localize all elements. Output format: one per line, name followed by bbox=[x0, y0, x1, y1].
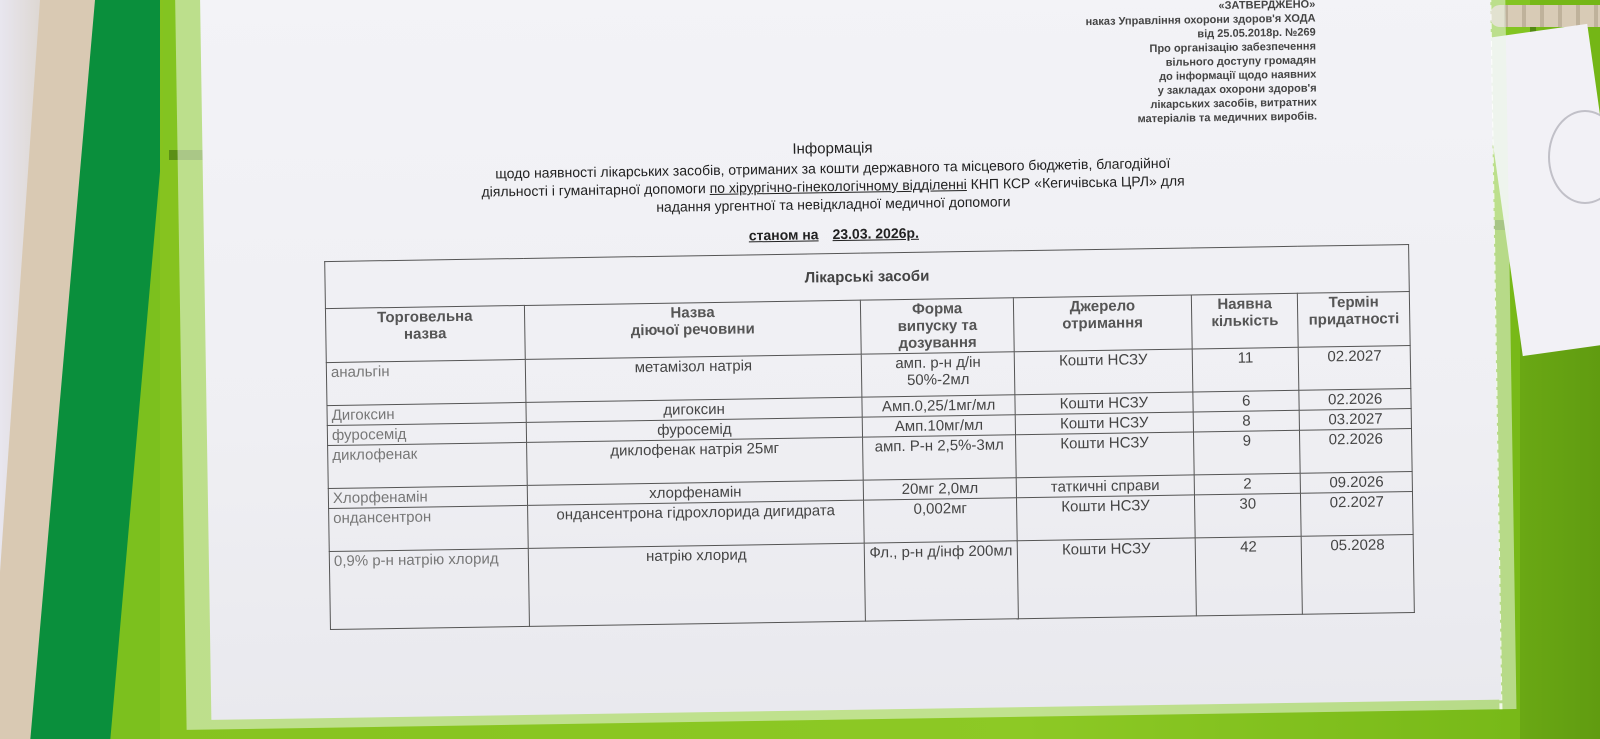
cell-source: таткичні справи bbox=[1016, 475, 1194, 498]
header-trade-name: Торговельнаназва bbox=[325, 305, 524, 362]
cell-expiry: 02.2026 bbox=[1300, 429, 1412, 474]
cell-expiry: 02.2027 bbox=[1299, 346, 1411, 391]
cell-form: Амп.0,25/1мг/мл bbox=[862, 395, 1015, 417]
as-of-label: станом на bbox=[749, 226, 819, 243]
cell-trade-name: анальгін bbox=[326, 359, 525, 405]
cell-form: 0,002мг bbox=[864, 498, 1017, 543]
cell-form: амп. р-н д/ін 50%-2мл bbox=[862, 352, 1015, 397]
cell-source: Кошти НСЗУ bbox=[1015, 432, 1194, 478]
cell-expiry: 02.2027 bbox=[1301, 492, 1413, 537]
as-of-date: станом на23.03. 2026р. bbox=[334, 217, 1334, 251]
cell-form: Амп.10мг/мл bbox=[863, 415, 1016, 437]
cell-active-substance: ондансентрона гідрохлорида дигидрата bbox=[527, 500, 864, 548]
as-of-value: 23.03. 2026р. bbox=[832, 225, 919, 242]
cell-active-substance: диклофенак натрія 25мг bbox=[526, 437, 863, 485]
cell-form: Фл., р-н д/інф 200мл bbox=[865, 541, 1019, 621]
cell-trade-name: 0,9% р-н натрію хлорид bbox=[329, 548, 529, 629]
cell-source: Кошти НСЗУ bbox=[1015, 392, 1193, 415]
info-heading-block: Інформація щодо наявності лікарських зас… bbox=[332, 132, 1333, 251]
header-form: Формавипуску тадозування bbox=[861, 298, 1014, 354]
document-page: «ЗАТВЕРДЖЕНО» наказ Управління охорони з… bbox=[200, 0, 1501, 720]
cell-active-substance: метамізол натрія bbox=[525, 354, 862, 402]
cell-quantity: 6 bbox=[1193, 390, 1300, 412]
cell-trade-name: диклофенак bbox=[328, 442, 527, 488]
header-expiry: Термінпридатності bbox=[1298, 292, 1410, 348]
table-row: 0,9% р-н натрію хлорид натрію хлорид Фл.… bbox=[329, 535, 1414, 630]
cell-source: Кошти НСЗУ bbox=[1014, 349, 1193, 395]
cell-quantity: 2 bbox=[1194, 473, 1301, 495]
cell-quantity: 8 bbox=[1193, 410, 1300, 432]
cell-source: Кошти НСЗУ bbox=[1017, 538, 1196, 619]
cell-form: амп. Р-н 2,5%-3мл bbox=[863, 435, 1016, 480]
cell-expiry: 03.2027 bbox=[1300, 409, 1412, 431]
cell-quantity: 9 bbox=[1193, 430, 1300, 475]
header-source: Джерелоотримання bbox=[1013, 295, 1192, 352]
header-active-substance: Назвадіючої речовини bbox=[524, 300, 862, 359]
cell-form: 20мг 2,0мл bbox=[864, 478, 1017, 500]
medicines-table: Лікарські засоби Торговельнаназва Назвад… bbox=[324, 244, 1415, 630]
cell-source: Кошти НСЗУ bbox=[1016, 495, 1195, 541]
header-quantity: Наявнакількість bbox=[1191, 293, 1298, 349]
approval-stamp-block: «ЗАТВЕРДЖЕНО» наказ Управління охорони з… bbox=[895, 0, 1317, 130]
cell-trade-name: ондансентрон bbox=[329, 505, 528, 551]
cell-expiry: 02.2026 bbox=[1299, 389, 1411, 411]
cell-quantity: 30 bbox=[1194, 493, 1301, 538]
cell-quantity: 11 bbox=[1192, 347, 1299, 392]
cell-quantity: 42 bbox=[1195, 536, 1303, 616]
info-line-2-end: КНП КСР «Кегичівська ЦРЛ» для bbox=[967, 173, 1185, 192]
cell-expiry: 05.2028 bbox=[1302, 535, 1415, 615]
cell-source: Кошти НСЗУ bbox=[1015, 412, 1193, 435]
cell-expiry: 09.2026 bbox=[1301, 472, 1413, 494]
cell-active-substance: натрію хлорид bbox=[528, 543, 866, 626]
